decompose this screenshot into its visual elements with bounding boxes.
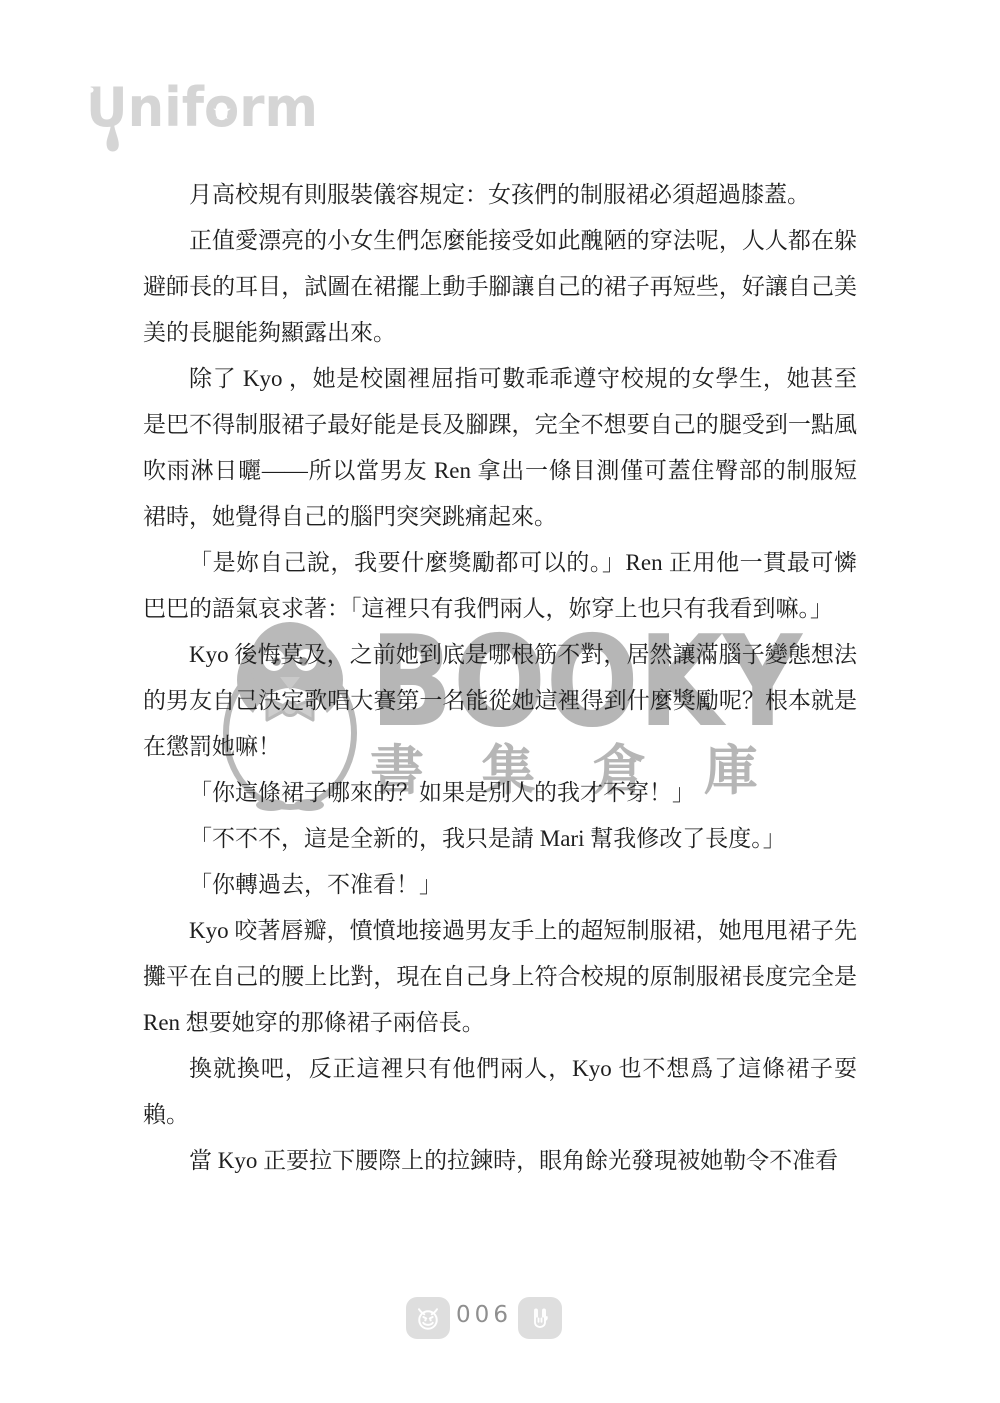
paragraph: Kyo 後悔莫及，之前她到底是哪根筋不對，居然讓滿腦子變態想法的男友自己決定歌唱… [143,632,857,770]
paragraph: 當 Kyo 正要拉下腰際上的拉鍊時，眼角餘光發現被她勒令不准看 [143,1138,857,1184]
uniform-logo: Uniform ★ [84,74,324,156]
paragraph: Kyo 咬著唇瓣，憤憤地接過男友手上的超短制服裙，她甩甩裙子先攤平在自己的腰上比… [143,908,857,1046]
logo-text: Uniform [86,76,318,139]
page-footer: 006 [0,1294,1000,1344]
paragraph: 換就換吧，反正這裡只有他們兩人，Kyo 也不想爲了這條裙子耍賴。 [143,1046,857,1138]
paragraph: 「不不不，這是全新的，我只是請 Mari 幫我修改了長度。」 [143,816,857,862]
logo-shine-dot [88,87,93,92]
page-number: 006 [450,1302,518,1328]
paragraph: 「你轉過去，不准看！」 [143,862,857,908]
body-text: 月高校規有則服裝儀容規定：女孩們的制服裙必須超過膝蓋。正值愛漂亮的小女生們怎麼能… [143,172,857,1184]
paragraph: 正值愛漂亮的小女生們怎麼能接受如此醜陋的穿法呢，人人都在躲避師長的耳目，試圖在裙… [143,218,857,356]
paragraph: 「是妳自己說，我要什麼獎勵都可以的。」Ren 正用他一貫最可憐巴巴的語氣哀求著：… [143,540,857,632]
paragraph: 除了 Kyo ，她是校園裡屈指可數乖乖遵守校規的女學生，她甚至是巴不得制服裙子最… [143,356,857,540]
star-icon: ★ [212,99,233,125]
rock-hand-icon [518,1297,562,1339]
paragraph: 月高校規有則服裝儀容規定：女孩們的制服裙必須超過膝蓋。 [143,172,857,218]
book-page: Uniform ★ BOOKY [0,0,1000,1403]
devil-face-icon [406,1297,450,1339]
paragraph: 「你這條裙子哪來的？如果是別人的我才不穿！」 [143,770,857,816]
